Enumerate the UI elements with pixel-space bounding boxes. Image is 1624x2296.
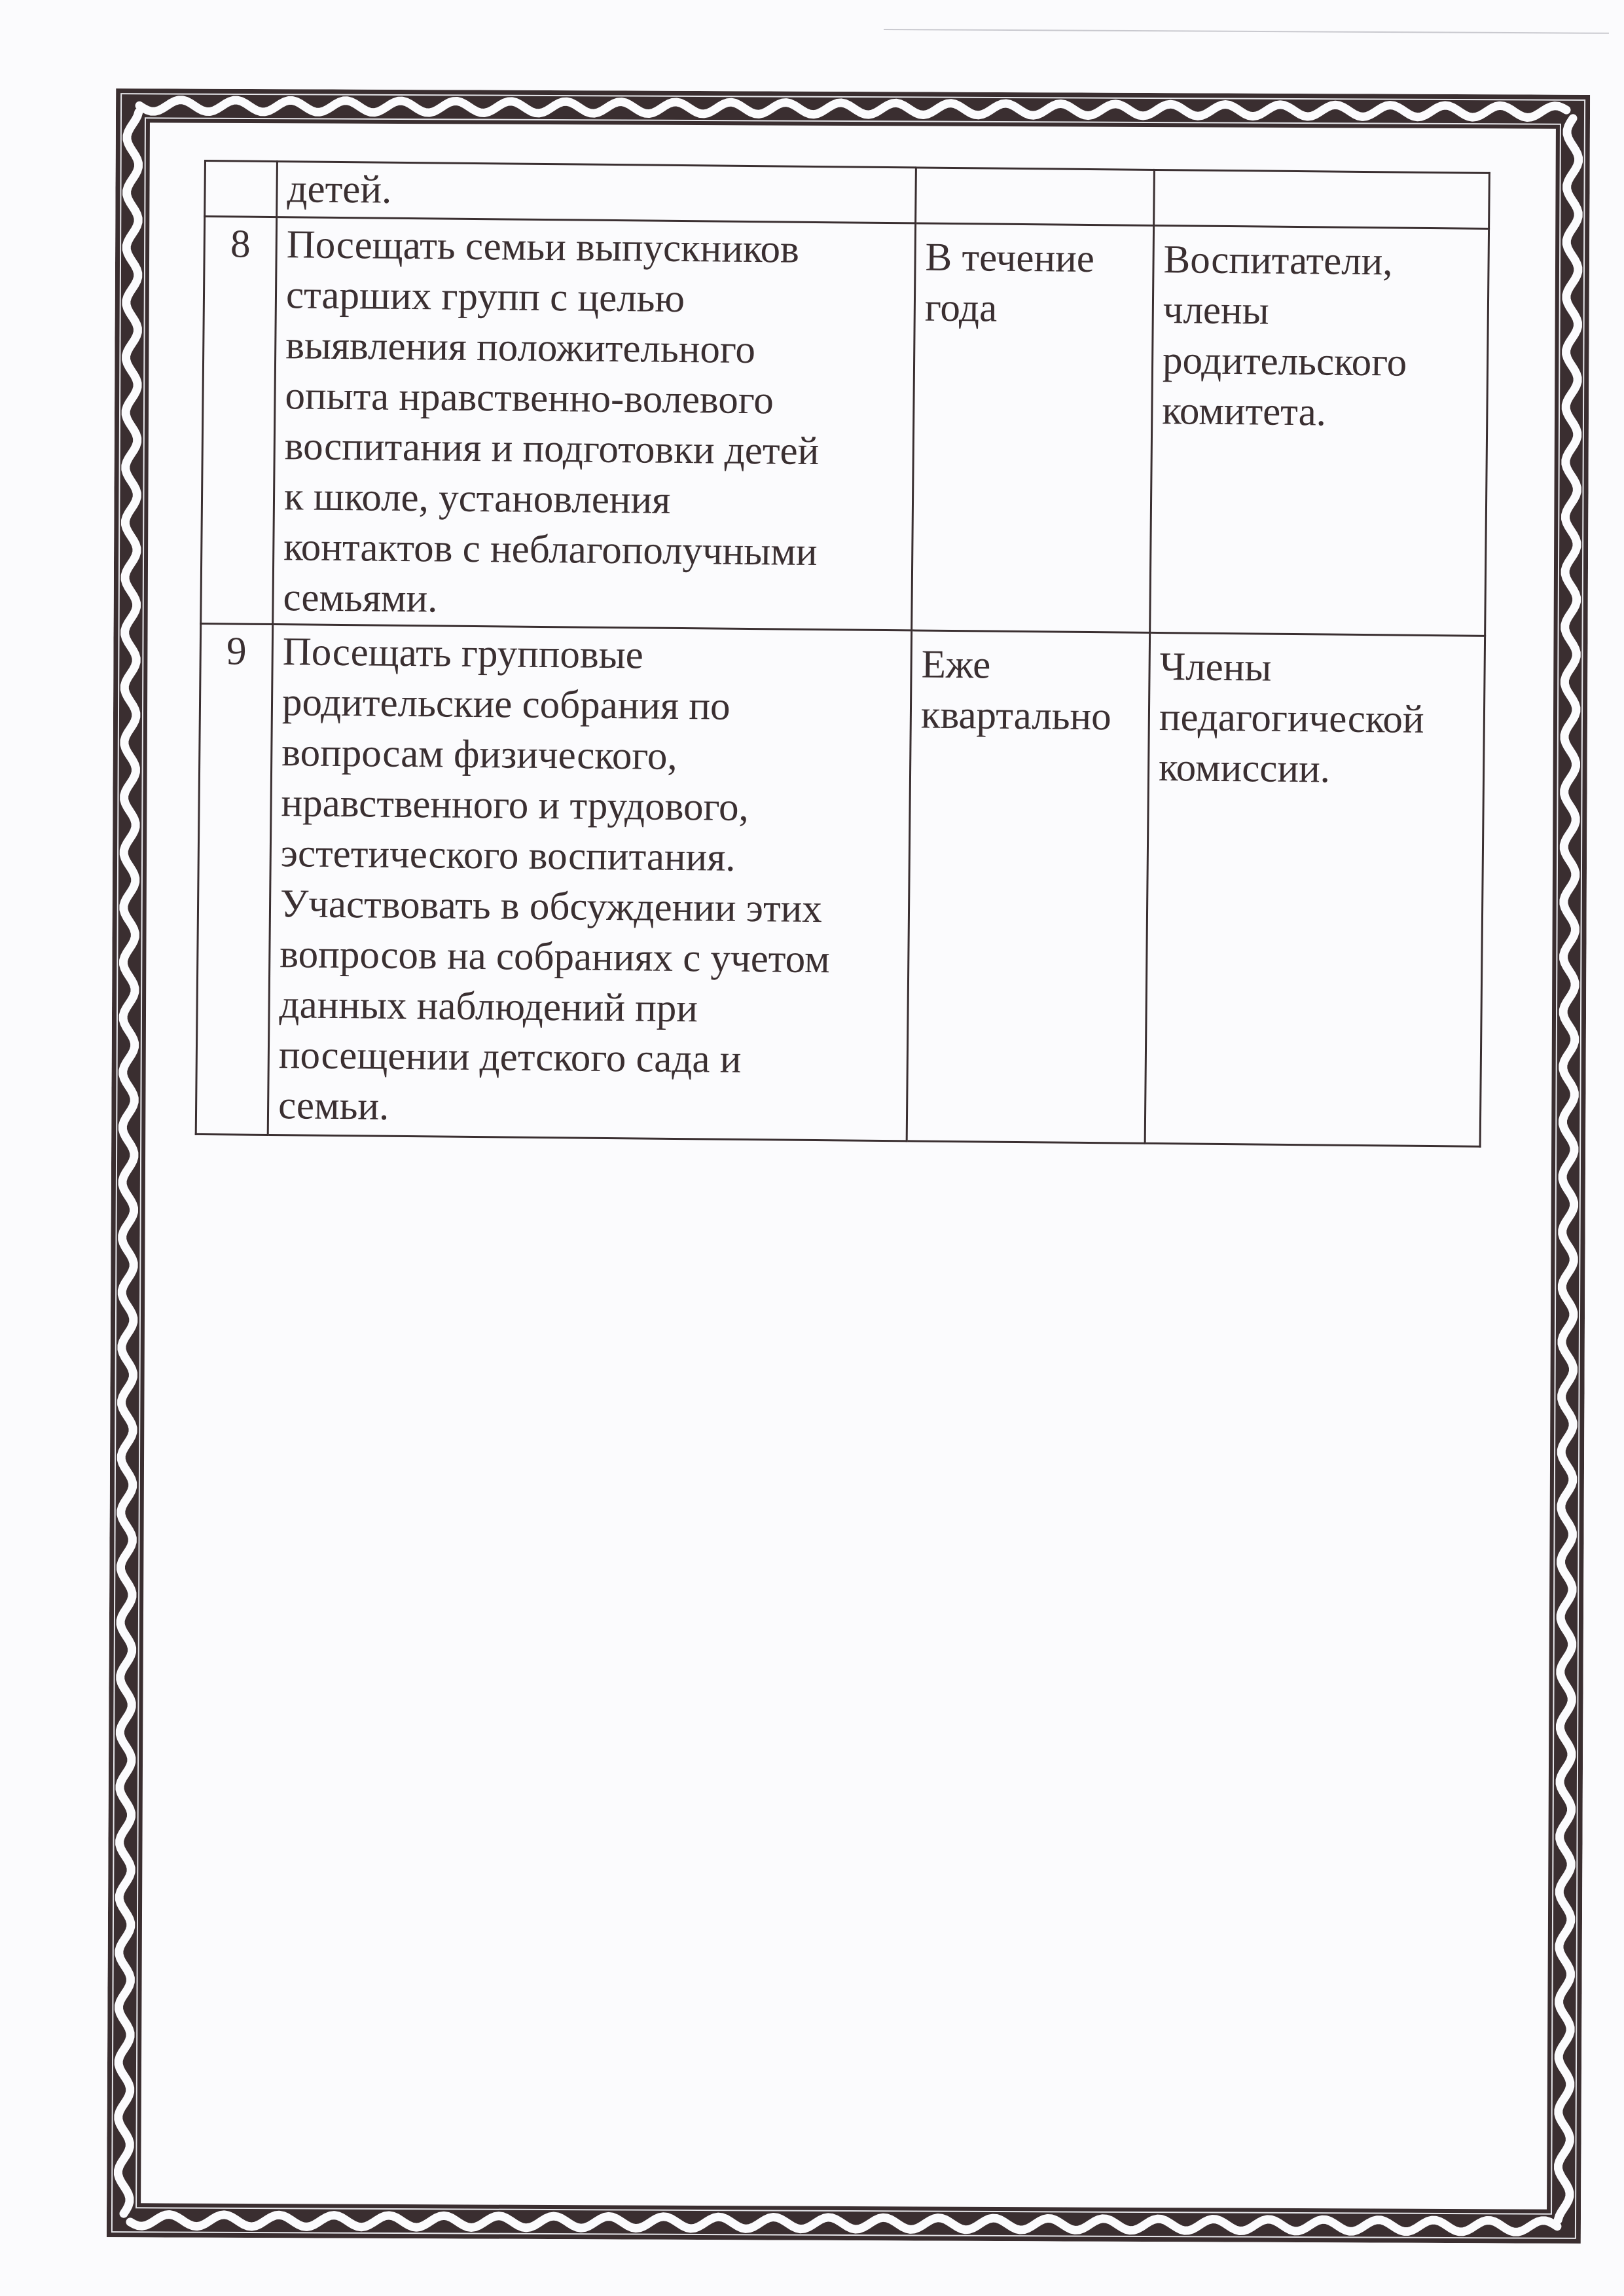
activity-cell: Посещать групповыеродительские собрания … — [268, 625, 911, 1141]
cell-text-line: посещении детского сада и — [279, 1030, 898, 1086]
cell-text-line: к школе, установления — [284, 471, 903, 528]
row-number-cell — [205, 161, 278, 217]
timing-cell: Ежеквартально — [907, 630, 1149, 1143]
row-number-cell: 9 — [196, 623, 272, 1135]
cell-text-line: контактов с неблагополучными — [283, 522, 903, 578]
table-row-9: 9 Посещать групповыеродительские собрани… — [196, 623, 1485, 1146]
responsible-cell — [1154, 170, 1490, 228]
cell-text-line: эстетического воспитания. — [280, 828, 899, 884]
cell-text-line: Посещать семьи выпускников — [286, 219, 905, 276]
cell-text-line: детей. — [287, 164, 906, 220]
responsible-cell: Воспитатели,членыродительскогокомитета. — [1150, 225, 1489, 636]
cell-text-line: Воспитатели, — [1163, 234, 1479, 288]
cell-text-line: Члены — [1159, 642, 1475, 695]
cell-text-line: комиссии. — [1159, 742, 1474, 796]
cell-text-line: квартально — [921, 690, 1140, 742]
cell-text-line: вопросов на собраниях с учетом — [280, 929, 899, 985]
cell-text-line: комитета. — [1162, 386, 1477, 439]
activity-cell: детей. — [277, 162, 916, 223]
cell-text-line: В течение — [925, 232, 1144, 285]
cell-text-line: вопросам физического, — [281, 727, 901, 784]
activity-plan-table: детей. 8 Посещать семьи выпускниковстарш… — [195, 160, 1490, 1148]
timing-cell — [916, 168, 1155, 225]
cell-text-line: семьями. — [283, 572, 902, 629]
scan-edge-line — [884, 29, 1609, 34]
responsible-cell: Членыпедагогическойкомиссии. — [1145, 632, 1485, 1146]
cell-text-line: Еже — [921, 640, 1140, 692]
cell-text-line: воспитания и подготовки детей — [284, 421, 903, 477]
cell-text-line: старших групп с целью — [286, 270, 905, 326]
cell-text-line: родительские собрания по — [282, 677, 901, 733]
timing-cell: В течениегода — [912, 223, 1154, 632]
cell-text-line: данных наблюдений при — [279, 979, 898, 1036]
cell-text-line: Участвовать в обсуждении этих — [280, 879, 899, 935]
cell-text-line: родительского — [1163, 335, 1478, 389]
row-number-cell: 8 — [201, 217, 277, 625]
activity-cell: Посещать семьи выпускниковстарших групп … — [273, 217, 916, 630]
cell-text-line: года — [925, 283, 1144, 335]
cell-text-line: члены — [1163, 285, 1478, 338]
cell-text-line: Посещать групповые — [282, 627, 901, 683]
cell-text-line: опыта нравственно-волевого — [285, 371, 904, 427]
cell-text-line: семьи. — [278, 1080, 897, 1137]
cell-text-line: педагогической — [1159, 692, 1475, 746]
cell-text-line: выявления положительного — [285, 320, 905, 376]
table-row-8: 8 Посещать семьи выпускниковстарших груп… — [201, 217, 1489, 636]
cell-text-line: нравственного и трудового, — [281, 778, 900, 834]
